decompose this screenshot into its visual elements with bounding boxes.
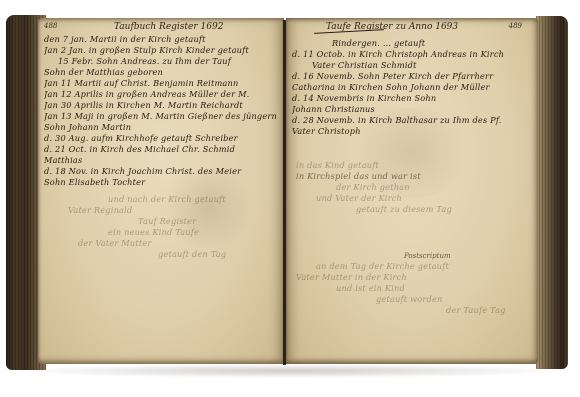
page-number: 488	[44, 22, 57, 30]
faded-text: und nach der Kirch getauft Vater Reginal…	[48, 194, 274, 260]
faded-line: Vater Mutter in der Kirch	[296, 272, 528, 283]
entry-line: d. 11 Octob. in Kirch Christoph Andreas …	[292, 49, 530, 60]
entry-line: Catharina in Kirchen Sohn Johann der Mül…	[292, 82, 530, 93]
entry-line: d. 28 Novemb. in Kirch Balthasar zu Ihm …	[292, 115, 530, 126]
faded-line: Vater Reginald	[48, 205, 274, 216]
entry-line: Jan 30 Aprilis in Kirchen M. Martin Reic…	[44, 100, 276, 111]
left-page: 488 Taufbuch Register 1692 den 7 jan. Ma…	[38, 18, 284, 364]
entry-line: d. 16 Novemb. Sohn Peter Kirch der Pfarr…	[292, 71, 530, 82]
faded-line: an dem Tag der Kirche getauft	[296, 261, 528, 272]
page-heading: Taufe Register zu Anno 1693	[326, 22, 458, 32]
page-heading: Taufbuch Register 1692	[114, 22, 223, 32]
entry-line: Vater Christoph	[292, 126, 530, 137]
faded-line: der Kirch gethan	[296, 182, 528, 193]
entry-line: 15 Febr. Sohn Andreas. zu Ihm der Tauf	[44, 56, 276, 67]
page-number: 489	[509, 22, 522, 30]
entry-line: Jan 12 Aprilis in großen Andreas Müller …	[44, 89, 276, 100]
faded-line: in Kirchspiel das und war ist	[296, 171, 528, 182]
entry-line: d. 21 Oct. in Kirch des Michael Chr. Sch…	[44, 144, 276, 155]
faded-text: an dem Tag der Kirche getauft Vater Mutt…	[296, 261, 528, 316]
faded-line: Tauf Register	[48, 216, 274, 227]
entry-line: Vater Christian Schmidt	[292, 60, 530, 71]
entry-line: Jan 11 Martii auf Christ. Benjamin Reitm…	[44, 78, 276, 89]
entry-line: Sohn Elisabeth Tochter	[44, 177, 276, 188]
faded-line: ein neues Kind Taufe	[48, 227, 274, 238]
faded-text: in das Kind getauft in Kirchspiel das un…	[296, 160, 528, 215]
right-page: Taufe Register zu Anno 1693 489 Rinderge…	[286, 18, 538, 364]
handwritten-entries: den 7 jan. Martii in der Kirch getauft J…	[44, 34, 276, 188]
faded-line: der Taufe Tag	[296, 305, 528, 316]
entry-line: Sohn Johann Martin	[44, 122, 276, 133]
entry-line: d. 14 Novembris in Kirchen Sohn	[292, 93, 530, 104]
entry-line: den 7 jan. Martii in der Kirch getauft	[44, 34, 276, 45]
entry-line: Matthias	[44, 155, 276, 166]
entry-line: Jan 2 Jan. in großen Stulp Kirch Kinder …	[44, 45, 276, 56]
handwritten-entries: Rindergen. ... getauft d. 11 Octob. in K…	[292, 38, 530, 137]
entry-line: Sohn der Matthias geboren	[44, 67, 276, 78]
faded-line: getauft den Tag	[48, 249, 274, 260]
book-photograph: 488 Taufbuch Register 1692 den 7 jan. Ma…	[0, 0, 580, 397]
faded-line: getauft worden	[296, 294, 528, 305]
faded-line: und nach der Kirch getauft	[48, 194, 274, 205]
faded-line: und ist ein Kind	[296, 283, 528, 294]
entry-line: d. 18 Nov. in Kirch Joachim Christ. des …	[44, 166, 276, 177]
faded-line: und Vater der Kirch	[296, 193, 528, 204]
entry-line: Jan 13 Maji in großen M. Martin Gießner …	[44, 111, 276, 122]
entry-line: Rindergen. ... getauft	[292, 38, 530, 49]
faded-line: getauft zu diesem Tag	[296, 204, 528, 215]
entry-line: Johann Christianus	[292, 104, 530, 115]
faded-line: in das Kind getauft	[296, 160, 528, 171]
section-subheading: Postscriptum	[404, 252, 451, 260]
book-shadow	[14, 364, 564, 378]
entry-line: d. 30 Aug. aufm Kirchhofe getauft Schrei…	[44, 133, 276, 144]
faded-line: der Vater Mutter	[48, 238, 274, 249]
right-page-block-edge	[536, 16, 568, 369]
